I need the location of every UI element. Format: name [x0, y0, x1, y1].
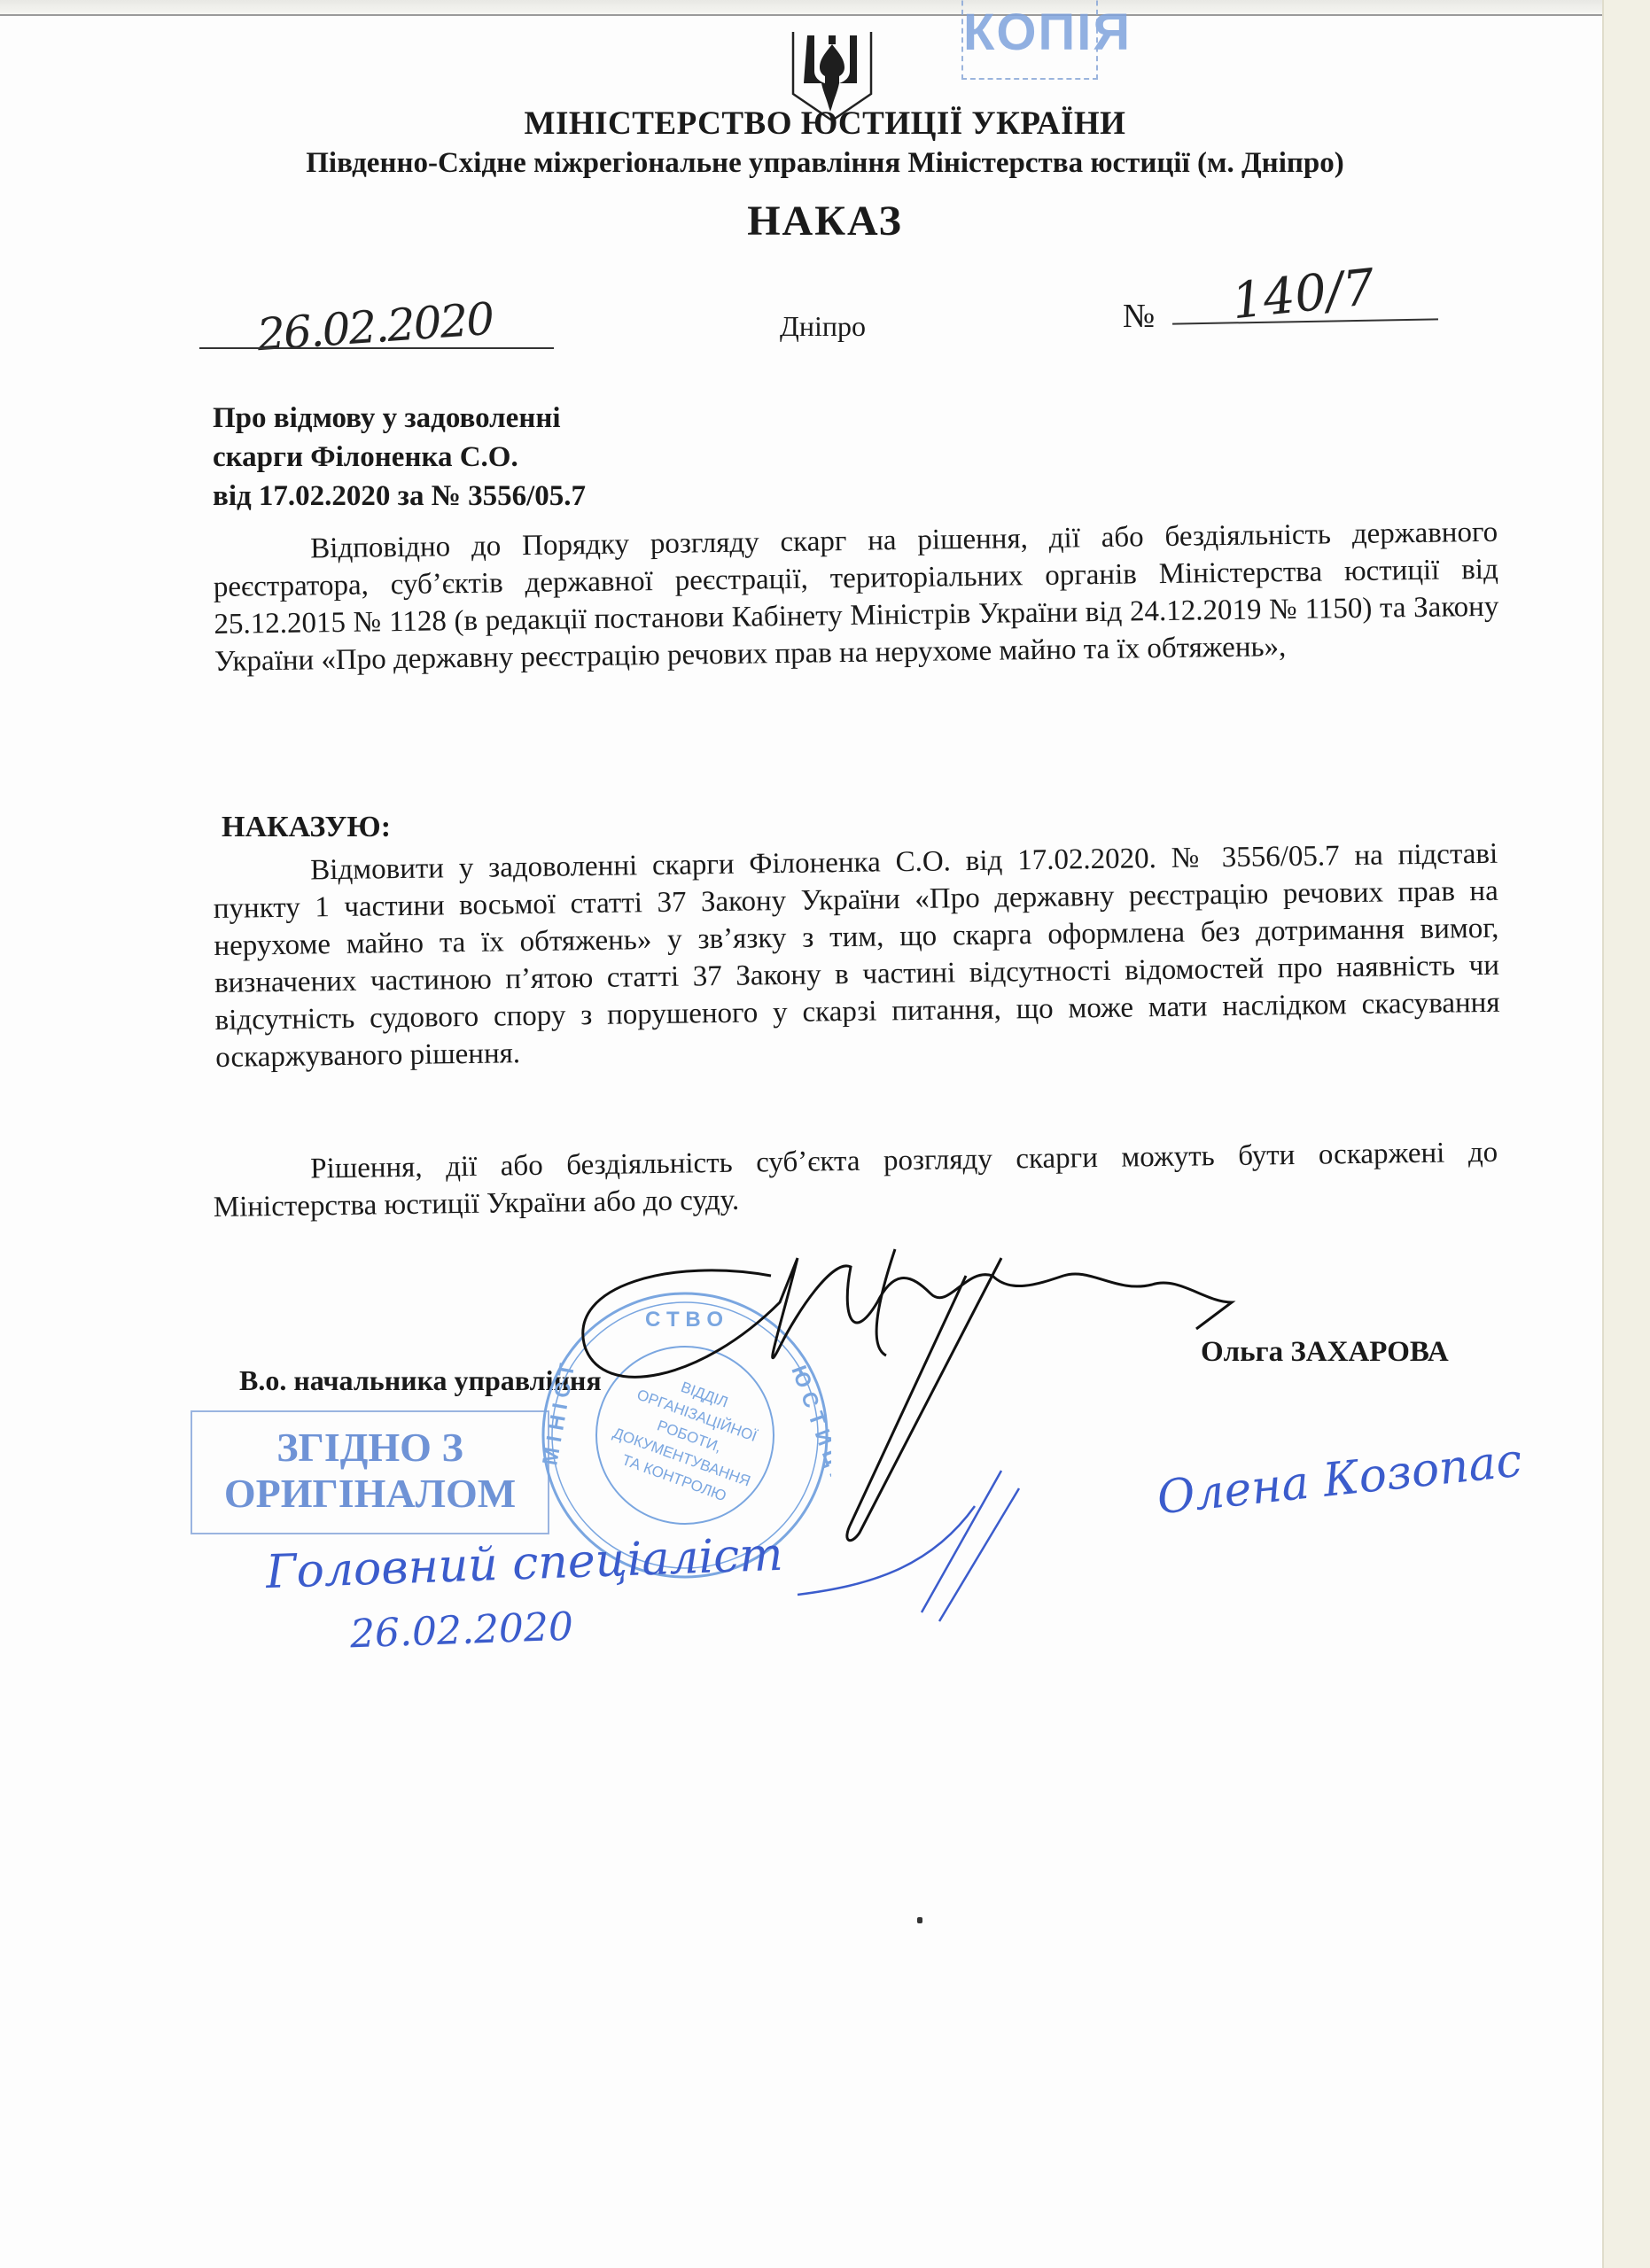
- certifier-name: Олена Козопас: [1155, 1434, 1524, 1526]
- document-type: НАКАЗ: [0, 197, 1650, 245]
- svg-text:С Т В О: С Т В О: [645, 1308, 723, 1332]
- subject-block: Про відмову у задоволенні скарги Філонен…: [213, 399, 586, 516]
- city: Дніпро: [780, 310, 866, 343]
- department-name: Південно-Східне міжрегіональне управлінн…: [0, 147, 1650, 180]
- appeal-paragraph: Рішення, дії або бездіяльність суб’єкта …: [213, 1134, 1498, 1226]
- order-paragraph: Відмовити у задоволенні скарги Філоненка…: [213, 835, 1500, 1076]
- scan-right-edge: [1602, 0, 1650, 2268]
- orders-heading: НАКАЗУЮ:: [222, 811, 391, 844]
- certification-date: 26.02.2020: [349, 1604, 574, 1658]
- svg-text:Ю С Т И Ц І Ї: Ю С Т И Ц І Ї: [786, 1363, 831, 1493]
- scan-top-edge: [0, 0, 1650, 16]
- date-underline: [199, 347, 554, 349]
- number-label: №: [1123, 297, 1155, 336]
- certifier-title: Головний спеціаліст: [265, 1528, 783, 1599]
- copy-stamp: КОПІЯ: [961, 0, 1098, 80]
- ministry-name: МІНІСТЕРСТВО ЮСТИЦІЇ УКРАЇНИ: [0, 105, 1650, 143]
- order-date: 26.02.2020: [255, 293, 494, 361]
- subject-line: від 17.02.2020 за № 3556/05.7: [213, 477, 586, 516]
- preamble-paragraph: Відповідно до Порядку розгляду скарг на …: [213, 514, 1499, 680]
- scan-speck: [917, 1917, 922, 1923]
- certified-copy-stamp: ЗГІДНО З ОРИГІНАЛОМ: [191, 1410, 549, 1534]
- signer-name: Ольга ЗАХАРОВА: [1201, 1336, 1449, 1369]
- subject-line: скарги Філоненка С.О.: [213, 438, 586, 477]
- subject-line: Про відмову у задоволенні: [213, 399, 586, 438]
